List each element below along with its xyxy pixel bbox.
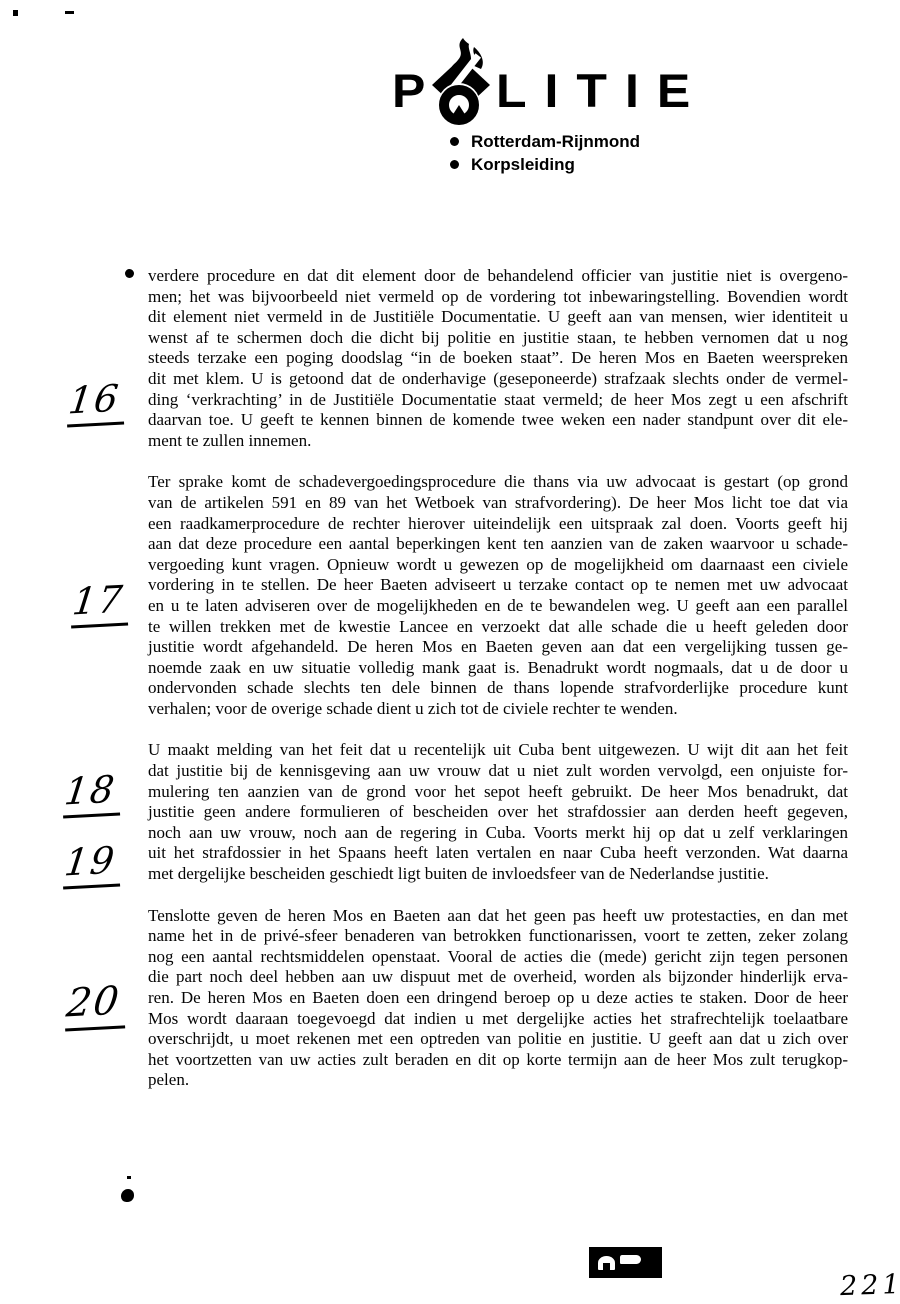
text-line: Ter sprake komt de schadevergoedingsproc… [148,472,848,493]
text-line: justitie geen andere formulieren of besc… [148,802,848,823]
text-line: vergoeding kunt vragen. Opnieuw wordt u … [148,555,848,576]
scan-dash-mark [65,11,74,14]
stamp-glyph-mark [620,1255,641,1264]
stray-dot-mark [121,1189,134,1202]
text-line: ren. De heren Mos en Baeten doen een dri… [148,988,848,1009]
text-line: vordering in te stellen. De heer Baeten … [148,575,848,596]
text-line: dit met klem. U is getoond dat de onderh… [148,369,848,390]
text-line: U maakt melding van het feit dat u recen… [148,740,848,761]
text-line: te willen trekken met de kwestie Lancee … [148,617,848,638]
scan-speck-mark [13,10,18,16]
text-line: uit het strafdossier in het Spaans heeft… [148,843,848,864]
handwritten-number: 18 [63,771,119,811]
text-line: met dergelijke bescheiden geschiedt ligt… [148,864,848,885]
margin-annotation-20: 20 [63,981,125,1031]
handwritten-number: 17 [71,581,127,621]
text-line: aan dat deze procedure een aantal beperk… [148,534,848,555]
text-line: ondervonden schade slechts ten dele binn… [148,678,848,699]
text-line: ding ‘verkrachting’ in de Justitiële Doc… [148,390,848,411]
text-line: van de artikelen 591 en 89 van het Wetbo… [148,493,848,514]
text-line: pelen. [148,1070,848,1091]
text-line: noemde zaak en uw situatie volledig mank… [148,658,848,679]
text-line: dat justitie bij de kennisgeving aan uw … [148,761,848,782]
handwritten-number: 19 [63,842,119,882]
text-line: steeds terzake een poging doodslag “in d… [148,348,848,369]
paragraph: Tenslotte geven de heren Mos en Baeten a… [148,906,848,1091]
text-line: daarvan toe. U geeft te kennen binnen de… [148,410,848,431]
wordmark-letters-litie: LITIE [496,63,708,118]
org-region-label: Rotterdam-Rijnmond [471,130,640,153]
paragraph: U maakt melding van het feit dat u recen… [148,740,848,884]
margin-annotation-17: 17 [69,581,128,629]
margin-annotation-18: 18 [61,771,120,819]
margin-annotation-16: 16 [65,380,124,428]
black-stamp-mark [589,1247,662,1278]
text-line: het voortzetten van uw acties zult berad… [148,1050,848,1071]
handwritten-page-number: 221 [839,1269,900,1302]
text-line: ment te zullen innemen. [148,431,848,452]
text-line: Tenslotte geven de heren Mos en Baeten a… [148,906,848,927]
text-line: en u te laten adviseren over de mogelijk… [148,596,848,617]
wordmark-letter-p: P [392,63,425,118]
scanned-letter-page: P LITIE Rotterdam-Rijnmond Korpsleiding [0,0,900,1304]
bullet-icon [450,137,459,146]
org-unit-label: Korpsleiding [471,153,575,176]
text-line: justitie wordt afgehandeld. De heren Mos… [148,637,848,658]
letterhead: P LITIE Rotterdam-Rijnmond Korpsleiding [390,38,690,188]
text-line: wenst af te schermen doch die dicht bij … [148,328,848,349]
org-line-unit: Korpsleiding [450,153,640,176]
text-line: dit element niet vermeld in de Justitiël… [148,307,848,328]
text-line: mulering ten aanzien van de grond voor h… [148,782,848,803]
bullet-icon [450,160,459,169]
text-line: noch aan uw vrouw, noch aan de regering … [148,823,848,844]
org-line-region: Rotterdam-Rijnmond [450,130,640,153]
text-line: nog een aantal rechtsmiddelen openstaat.… [148,947,848,968]
paragraph: Ter sprake komt de schadevergoedingsproc… [148,472,848,719]
paragraph: •verdere procedure en dat dit element do… [148,266,848,451]
text-line: Mos wordt daaraan toegevoegd dat indien … [148,1009,848,1030]
text-line: name het in de privé-sfeer benaderen van… [148,926,848,947]
text-line: die part noch deel hebben aan uw dispuut… [148,967,848,988]
margin-annotation-19: 19 [61,842,120,890]
text-line: men; het was bijvoorbeeld niet vermeld o… [148,287,848,308]
handwritten-number: 20 [64,981,122,1023]
scan-speck-mark [127,1176,131,1179]
text-line: verdere procedure en dat dit element doo… [148,266,848,287]
org-lines: Rotterdam-Rijnmond Korpsleiding [450,130,640,176]
stamp-glyph-mark [598,1256,615,1270]
handwritten-number: 16 [67,380,123,420]
flame-grenade-icon [426,38,496,135]
text-line: overschrijdt, u moet rekenen met een opt… [148,1029,848,1050]
text-line: een raadkamerprocedure de rechter hierov… [148,514,848,535]
text-line: verhalen; voor de overige schade dient u… [148,699,848,720]
document-body: •verdere procedure en dat dit element do… [148,266,848,1112]
bullet-icon: • [125,269,134,278]
